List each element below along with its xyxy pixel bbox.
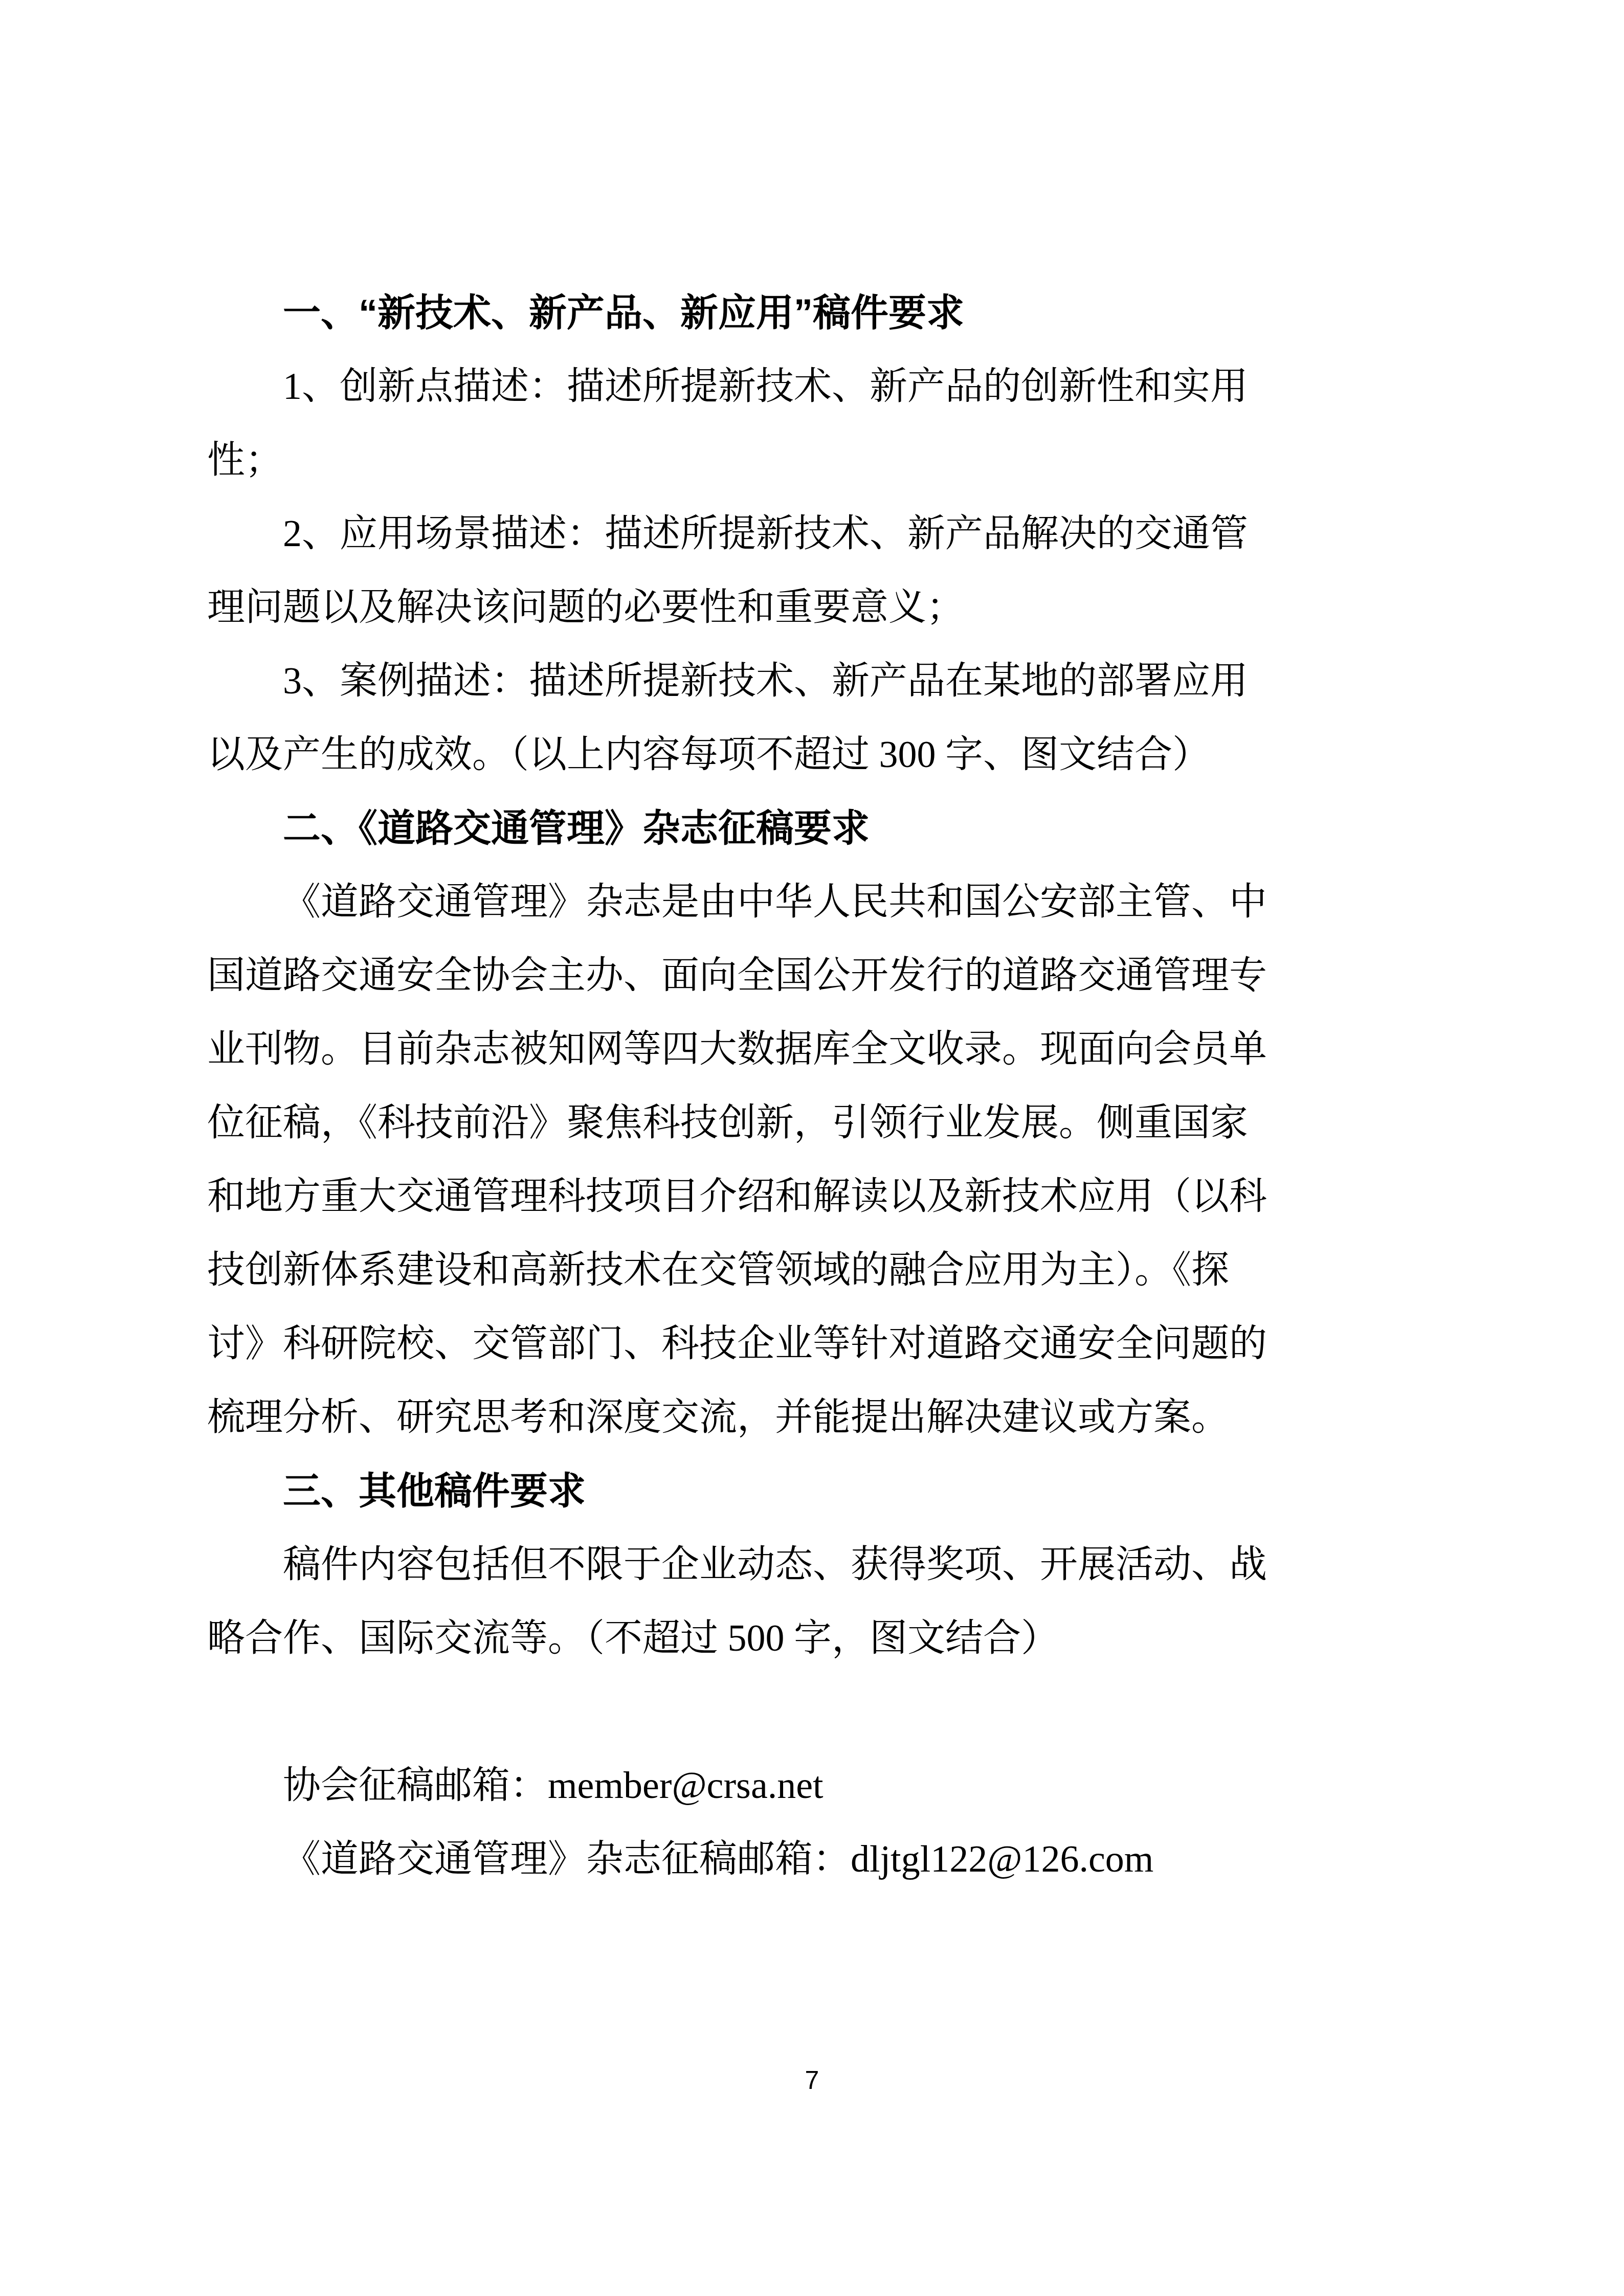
text-line: 《道路交通管理》杂志是由中华人民共和国公安部主管、中 (207, 865, 1418, 939)
text-line: 性； (207, 423, 1418, 497)
text-line: 稿件内容包括但不限于企业动态、获得奖项、开展活动、战 (207, 1528, 1418, 1602)
text-line: 讨》科研院校、交管部门、科技企业等针对道路交通安全问题的 (207, 1307, 1418, 1381)
text-line: 国道路交通安全协会主办、面向全国公开发行的道路交通管理专 (207, 939, 1418, 1012)
association-email-line: 协会征稿邮箱：member@crsa.net (207, 1749, 1418, 1822)
page-number: 7 (0, 2066, 1624, 2095)
document-body: 一、“新技术、新产品、新应用”稿件要求 1、创新点描述：描述所提新技术、新产品的… (207, 276, 1418, 1896)
text-line: 略合作、国际交流等。（不超过 500 字，图文结合） (207, 1602, 1418, 1675)
heading-section-1: 一、“新技术、新产品、新应用”稿件要求 (207, 276, 1418, 350)
text-line: 位征稿，《科技前沿》聚焦科技创新，引领行业发展。侧重国家 (207, 1086, 1418, 1160)
heading-section-3: 三、其他稿件要求 (207, 1454, 1418, 1528)
text-line: 梳理分析、研究思考和深度交流，并能提出解决建议或方案。 (207, 1381, 1418, 1454)
text-line: 2、应用场景描述：描述所提新技术、新产品解决的交通管 (207, 497, 1418, 571)
heading-section-2: 二、《道路交通管理》杂志征稿要求 (207, 792, 1418, 865)
text-line: 以及产生的成效。（以上内容每项不超过 300 字、图文结合） (207, 718, 1418, 792)
text-line: 理问题以及解决该问题的必要性和重要意义； (207, 571, 1418, 644)
text-line: 和地方重大交通管理科技项目介绍和解读以及新技术应用（以科 (207, 1160, 1418, 1233)
magazine-email-line: 《道路交通管理》杂志征稿邮箱：dljtgl122@126.com (207, 1822, 1418, 1896)
text-line: 1、创新点描述：描述所提新技术、新产品的创新性和实用 (207, 350, 1418, 423)
text-line: 3、案例描述：描述所提新技术、新产品在某地的部署应用 (207, 644, 1418, 718)
text-line: 业刊物。目前杂志被知网等四大数据库全文收录。现面向会员单 (207, 1012, 1418, 1086)
text-line: 技创新体系建设和高新技术在交管领域的融合应用为主）。《探 (207, 1233, 1418, 1307)
blank-line (207, 1675, 1418, 1749)
